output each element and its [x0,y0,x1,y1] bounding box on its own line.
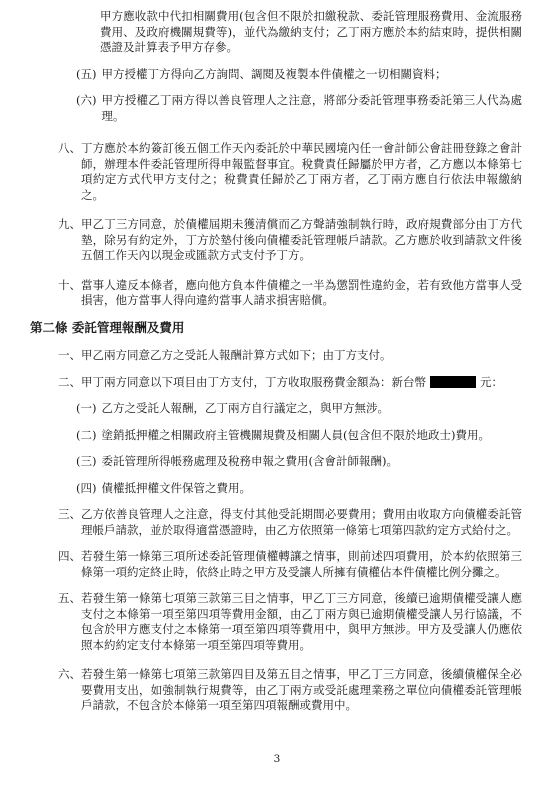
sub-clause-5: (五) 甲方授權丁方得向乙方詢問、調閱及複製本件債權之一切相關資料； [76,67,522,83]
document-content: 甲方應收款中代扣相關費用(包含但不限於扣繳稅款、委託管理服務費用、金流服務費用、… [30,9,522,725]
clause-label: 三、 [58,507,81,523]
document-page: 甲方應收款中代扣相關費用(包含但不限於扣繳稅款、委託管理服務費用、金流服務費用、… [0,0,554,790]
page-number: 3 [0,752,554,768]
clause-1: 一、 甲乙兩方同意乙方之受託人報酬計算方式如下；由丁方支付。 [58,348,522,364]
clause-label: 九、 [58,217,81,233]
fee-sub-clause-2: (二) 塗銷抵押權之相關政府主管機關規費及相關人員(包含但不限於地政士)費用。 [76,428,522,444]
sub-clause-text: 乙方之受託人報酬，乙丁兩方自行議定之，與甲方無涉。 [101,401,522,417]
clause-text-before-redaction: 甲丁兩方同意以下項目由丁方支付，丁方收取服務費金額為：新台幣 [81,375,426,389]
sub-clause-label: (一) [76,401,96,417]
clause-text: 若發生第一條第七項第三款第四目及第五目之情事，甲乙丁三方同意，後續債權保全必要費… [81,667,522,714]
clause-label: 十、 [58,278,81,294]
clause-9: 九、 甲乙丁三方同意，於債權屆期未獲清償而乙方聲請強制執行時，政府規費部分由丁方… [58,217,522,264]
section-heading: 第二條 委託管理報酬及費用 [30,320,522,336]
sub-clause-label: (二) [76,428,96,444]
clause-8: 八、 丁方應於本約簽訂後五個工作天內委託於中華民國境內任一會計師公會註冊登錄之會… [58,141,522,203]
clause-10: 十、 當事人違反本條者，應向他方負本件債權之一半為懲罰性違約金，若有致他方當事人… [58,278,522,309]
clause-text: 甲丁兩方同意以下項目由丁方支付，丁方收取服務費金額為：新台幣元： [81,375,522,391]
sub-clause-label: (五) [76,67,96,83]
sub-clause-label: (四) [76,481,96,497]
clause-text-after-redaction: 元： [480,375,503,389]
clause-6: 六、 若發生第一條第七項第三款第四目及第五目之情事，甲乙丁三方同意，後續債權保全… [58,667,522,714]
redacted-amount [430,376,476,388]
clause-4: 四、 若發生第一條第三項所述委託管理債權轉讓之情事，則前述四項費用，於本約依照第… [58,549,522,580]
clause-text: 乙方依善良管理人之注意，得支付其他受託期間必要費用；費用由收取方向債權委託管理帳… [81,507,522,538]
fee-sub-clause-4: (四) 債權抵押權文件保管之費用。 [76,481,522,497]
sub-clause-label: (六) [76,93,96,109]
clause-text: 若發生第一條第三項所述委託管理債權轉讓之情事，則前述四項費用，於本約依照第三條第… [81,549,522,580]
clause-text: 甲方應收款中代扣相關費用(包含但不限於扣繳稅款、委託管理服務費用、金流服務費用、… [100,9,522,56]
sub-clause-text: 甲方授權丁方得向乙方詢問、調閱及複製本件債權之一切相關資料； [101,67,522,83]
sub-clause-6: (六) 甲方授權乙丁兩方得以善良管理人之注意，將部分委託管理事務委託第三人代為處… [76,93,522,124]
clause-label: 一、 [58,348,81,364]
clause-text: 若發生第一條第七項第三款第三目之情事，甲乙丁三方同意，後續已逾期債權受讓人應支付… [81,591,522,653]
clause-label: 二、 [58,375,81,391]
clause-label: 四、 [58,549,81,565]
clause-text: 當事人違反本條者，應向他方負本件債權之一半為懲罰性違約金，若有致他方當事人受損害… [81,278,522,309]
sub-clause-text: 委託管理所得帳務處理及稅務申報之費用(含會計師報酬)。 [101,454,522,470]
clause-continuation-paragraph: 甲方應收款中代扣相關費用(包含但不限於扣繳稅款、委託管理服務費用、金流服務費用、… [100,9,522,56]
clause-label: 六、 [58,667,81,683]
fee-sub-clause-3: (三) 委託管理所得帳務處理及稅務申報之費用(含會計師報酬)。 [76,454,522,470]
clause-text: 甲乙兩方同意乙方之受託人報酬計算方式如下；由丁方支付。 [81,348,522,364]
sub-clause-text: 債權抵押權文件保管之費用。 [101,481,522,497]
fee-sub-clause-1: (一) 乙方之受託人報酬，乙丁兩方自行議定之，與甲方無涉。 [76,401,522,417]
clause-5: 五、 若發生第一條第七項第三款第三目之情事，甲乙丁三方同意，後續已逾期債權受讓人… [58,591,522,653]
clause-label: 八、 [58,141,81,157]
clause-2: 二、 甲丁兩方同意以下項目由丁方支付，丁方收取服務費金額為：新台幣元： [58,375,522,391]
clause-3: 三、 乙方依善良管理人之注意，得支付其他受託期間必要費用；費用由收取方向債權委託… [58,507,522,538]
sub-clause-text: 塗銷抵押權之相關政府主管機關規費及相關人員(包含但不限於地政士)費用。 [101,428,522,444]
sub-clause-text: 甲方授權乙丁兩方得以善良管理人之注意，將部分委託管理事務委託第三人代為處理。 [101,93,522,124]
clause-text: 甲乙丁三方同意，於債權屆期未獲清償而乙方聲請強制執行時，政府規費部分由丁方代墊，… [81,217,522,264]
sub-clause-label: (三) [76,454,96,470]
clause-label: 五、 [58,591,81,607]
clause-text: 丁方應於本約簽訂後五個工作天內委託於中華民國境內任一會計師公會註冊登錄之會計師，… [81,141,522,203]
